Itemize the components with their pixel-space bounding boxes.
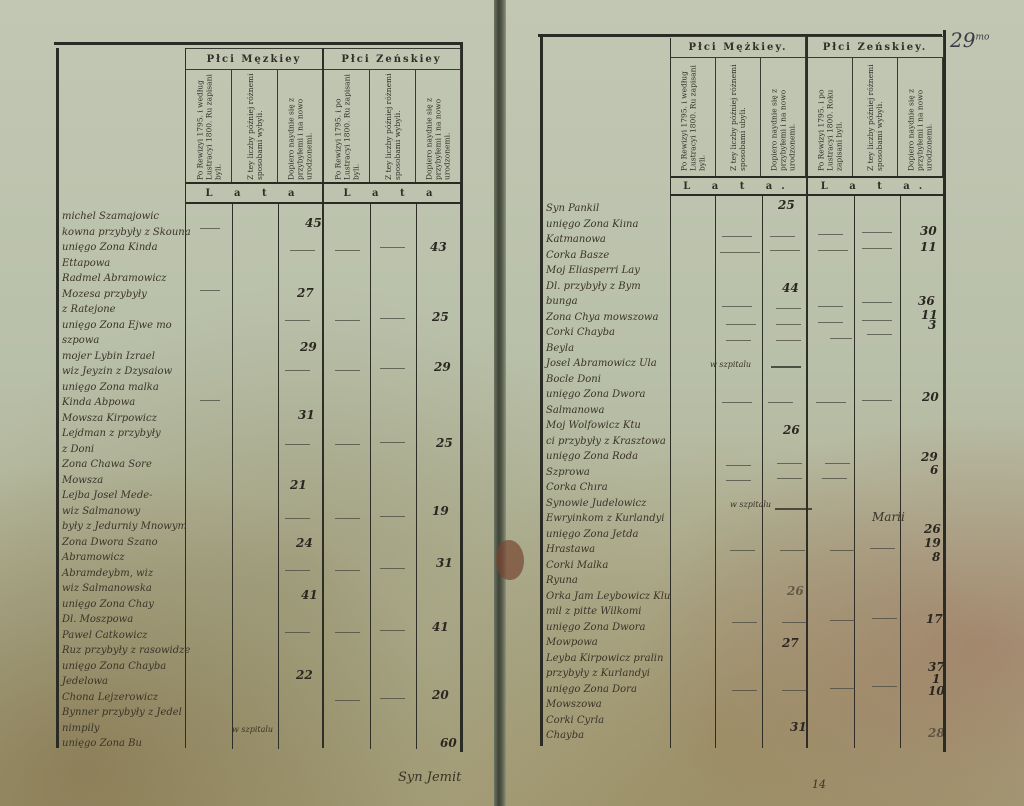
- female-age: 25: [432, 310, 449, 324]
- row-dash: [285, 370, 310, 371]
- bottom-right-note: 14: [812, 778, 826, 791]
- name-entry: ci przybyły z Krasztowa: [546, 434, 671, 450]
- left-male-group-header: Płci Męzkiey: [186, 48, 323, 70]
- row-dash: [775, 508, 812, 510]
- row-dash: [335, 632, 360, 633]
- row-dash: [870, 548, 895, 549]
- male-note: w szpitalu: [730, 500, 771, 509]
- right-page: Płci Mężkiey. Płci Zeńskiey. Po Rewizyi …: [500, 0, 1024, 806]
- female-age: 19: [432, 504, 449, 518]
- name-entry: Bynner przybyły z Jedel: [62, 705, 184, 721]
- left-female-col3-header: Dopiero naydnie się z przybyłemi i na no…: [416, 70, 461, 182]
- left-male-col1-header: Po Rewizyi 1795. i według Lustracyi 1800…: [186, 70, 232, 182]
- female-age: 20: [432, 688, 449, 702]
- row-dash: [770, 236, 795, 237]
- male-age: 24: [296, 536, 313, 550]
- row-dash: [335, 700, 360, 701]
- male-age: 27: [297, 286, 314, 300]
- bottom-left-note: Syn Jemit: [398, 770, 461, 785]
- row-dash: [862, 320, 892, 321]
- row-dash: [777, 478, 802, 479]
- row-dash: [335, 320, 360, 321]
- name-entry: Bocle Doni: [546, 372, 671, 388]
- row-dash: [818, 306, 843, 307]
- name-entry: wiz Salmanowska: [62, 581, 184, 597]
- row-dash: [768, 402, 793, 403]
- male-age: 44: [782, 281, 799, 295]
- name-entry: Corka Basze: [546, 248, 671, 264]
- female-age: 26: [924, 522, 941, 536]
- name-entry: Beyla: [546, 341, 671, 357]
- name-entry: Szprowa: [546, 465, 671, 481]
- name-entry: Ettapowa: [62, 256, 184, 272]
- row-dash: [862, 232, 892, 233]
- row-dash: [726, 480, 751, 481]
- row-dash: [780, 550, 805, 551]
- row-dash: [770, 250, 800, 251]
- name-entry: Lejba Josel Mede-: [62, 488, 184, 504]
- row-dash: [726, 340, 751, 341]
- right-male-col1-header: Po Rewizyi 1795. i według Lustracyi 1800…: [671, 58, 716, 176]
- name-entry: Pawel Catkowicz: [62, 628, 184, 644]
- name-entry: unięgo Zona Ejwe mo: [62, 318, 184, 334]
- left-male-lata: L a t a: [186, 182, 323, 204]
- name-entry: unięgo Zona Kinda: [62, 240, 184, 256]
- row-dash: [818, 250, 848, 251]
- female-age: 10: [928, 684, 945, 698]
- right-col-line: [715, 196, 716, 748]
- name-entry: Kinda Abpowa: [62, 395, 184, 411]
- row-dash: [771, 366, 801, 368]
- female-age: 17: [926, 612, 943, 626]
- left-top-rule: [54, 42, 462, 45]
- left-page: Płci Męzkiey Płci Zeńskiey Po Rewizyi 17…: [0, 0, 494, 806]
- row-dash: [720, 252, 760, 253]
- right-male-col3-header: Dopiero naydnie się z przybyłemi i na no…: [761, 58, 806, 176]
- name-entry: Mowsza: [62, 473, 184, 489]
- right-names-list: Syn Pankil unięgo Zona Kiına Katmanowa C…: [546, 201, 671, 744]
- name-entry: Katmanowa: [546, 232, 671, 248]
- row-dash: [285, 632, 310, 633]
- male-age: 29: [300, 340, 317, 354]
- ledger-spread: Płci Męzkiey Płci Zeńskiey Po Rewizyi 17…: [0, 0, 1024, 806]
- right-female-lata: L a t a.: [808, 176, 944, 196]
- row-dash: [830, 688, 855, 689]
- female-note: Marii: [872, 510, 905, 524]
- female-age: 31: [436, 556, 453, 570]
- name-entry: Synowie Judelowicz: [546, 496, 671, 512]
- name-entry: unięgo Zona Jetda: [546, 527, 671, 543]
- row-dash: [380, 318, 405, 319]
- name-entry: unięgo Zona Roda: [546, 449, 671, 465]
- name-entry: Ryuna: [546, 573, 671, 589]
- left-female-col2-header: Z tey liczby później różnemi sposobami w…: [370, 70, 416, 182]
- left-male-col2-header: Z tey liczby później różnemi sposobami w…: [232, 70, 278, 182]
- name-entry: unięgo Zona Dora: [546, 682, 671, 698]
- left-female-lata: L a t a: [324, 182, 461, 204]
- female-age: 3: [928, 318, 936, 332]
- name-entry: Jedelowa: [62, 674, 184, 690]
- name-entry: unięgo Zona Dwora: [546, 620, 671, 636]
- row-dash: [380, 630, 405, 631]
- row-dash: [335, 570, 360, 571]
- right-col-line: [900, 196, 901, 748]
- name-entry: Chona Lejzerowicz: [62, 690, 184, 706]
- name-entry: wiz Jeyzin z Dzysaiow: [62, 364, 184, 380]
- name-entry: nimpily: [62, 721, 184, 737]
- row-dash: [830, 338, 852, 339]
- male-note: w szpitalu: [710, 360, 751, 369]
- male-age: 31: [298, 408, 315, 422]
- row-dash: [200, 400, 220, 401]
- row-dash: [862, 400, 892, 401]
- name-entry: Zona Chawa Sore: [62, 457, 184, 473]
- row-dash: [816, 402, 846, 403]
- row-dash: [722, 402, 752, 403]
- name-entry: Dl. przybyły z Bym: [546, 279, 671, 295]
- female-age: 6: [930, 463, 938, 477]
- row-dash: [380, 516, 405, 517]
- row-dash: [782, 622, 807, 623]
- male-age: 26: [787, 584, 804, 598]
- name-entry: Corka Chıra: [546, 480, 671, 496]
- left-female-col1-header: Po Rewizyi 1795. i po Lustracyi 1800. Ru…: [324, 70, 370, 182]
- right-table-frame: [540, 36, 543, 746]
- name-entry: Josel Abramowicz Ula: [546, 356, 671, 372]
- left-male-col3-header: Dopiero naydnie się z przybyłemi i na no…: [278, 70, 323, 182]
- row-dash: [380, 568, 405, 569]
- row-dash: [830, 550, 855, 551]
- female-age: 60: [440, 736, 457, 750]
- row-dash: [726, 324, 756, 325]
- right-male-lata: L a t a.: [671, 176, 806, 196]
- female-age: 11: [920, 240, 937, 254]
- left-table-frame: [56, 48, 59, 748]
- row-dash: [285, 570, 310, 571]
- name-entry: unięgo Zona Chay: [62, 597, 184, 613]
- folio-suffix: mo: [975, 32, 989, 42]
- female-age: 43: [430, 240, 447, 254]
- left-names-list: michel Szamajowic kowna przybyły z Skoun…: [62, 209, 184, 752]
- name-entry: Abramdeybm, wiz: [62, 566, 184, 582]
- row-dash: [380, 442, 405, 443]
- left-female-group-header: Płci Zeńskiey: [323, 48, 461, 70]
- row-dash: [867, 334, 892, 335]
- name-entry: z Ratejone: [62, 302, 184, 318]
- row-dash: [290, 250, 315, 251]
- name-entry: Mowsza Kirpowicz: [62, 411, 184, 427]
- row-dash: [380, 247, 405, 248]
- name-entry: Dl. Moszpowa: [62, 612, 184, 628]
- row-dash: [776, 340, 801, 341]
- name-entry: bunga: [546, 294, 671, 310]
- row-dash: [872, 686, 897, 687]
- row-dash: [722, 306, 752, 307]
- row-dash: [335, 370, 360, 371]
- name-entry: Zona Chya mowszowa: [546, 310, 671, 326]
- name-entry: unięgo Zona Chayba: [62, 659, 184, 675]
- name-entry: Syn Pankil: [546, 201, 671, 217]
- name-entry: Moj Eliasperri Lay: [546, 263, 671, 279]
- row-dash: [200, 290, 220, 291]
- row-dash: [380, 698, 405, 699]
- female-age: 8: [932, 550, 940, 564]
- female-age: 29: [434, 360, 451, 374]
- name-entry: Corki Cyrla: [546, 713, 671, 729]
- male-age: 41: [301, 588, 318, 602]
- name-entry: Orka Jam Leybowicz Klu: [546, 589, 671, 605]
- row-dash: [285, 518, 310, 519]
- name-entry: Hrastawa: [546, 542, 671, 558]
- row-dash: [730, 550, 755, 551]
- row-dash: [285, 444, 310, 445]
- row-dash: [818, 234, 843, 235]
- row-dash: [335, 444, 360, 445]
- name-entry: Moj Wolfowicz Ktu: [546, 418, 671, 434]
- right-female-col2-header: Z tey liczby później różnemi sposobami w…: [853, 58, 898, 176]
- name-entry: Mowszowa: [546, 697, 671, 713]
- row-dash: [722, 236, 752, 237]
- name-entry: Corki Chayba: [546, 325, 671, 341]
- row-dash: [825, 463, 850, 464]
- female-age: 19: [924, 536, 941, 550]
- name-entry: szpowa: [62, 333, 184, 349]
- left-col-line: [370, 204, 371, 749]
- row-dash: [732, 622, 757, 623]
- right-female-col1-header: Po Rewizyi 1795. i po Lustracyi 1800. Ro…: [808, 58, 853, 176]
- name-entry: unięgo Zona Bu: [62, 736, 184, 752]
- female-age: 36: [918, 294, 935, 308]
- left-col-line: [278, 204, 279, 749]
- female-age: 30: [920, 224, 937, 238]
- name-entry: mil z pitte Wilkomi: [546, 604, 671, 620]
- left-col-line: [232, 204, 233, 749]
- name-entry: Radmel Abramowicz: [62, 271, 184, 287]
- name-entry: mojer Lybin Izrael: [62, 349, 184, 365]
- row-dash: [776, 324, 801, 325]
- male-age: 31: [790, 720, 807, 734]
- name-entry: unięgo Zona Kiına: [546, 217, 671, 233]
- left-col-line: [416, 204, 417, 749]
- name-entry: z Doni: [62, 442, 184, 458]
- female-age: 25: [436, 436, 453, 450]
- male-age: 22: [296, 668, 313, 682]
- name-entry: Lejdman z przybyły: [62, 426, 184, 442]
- name-entry: unięgo Zona Dwora: [546, 387, 671, 403]
- name-entry: przybyły z Kurlandyi: [546, 666, 671, 682]
- row-dash: [862, 248, 892, 249]
- name-entry: Abramowicz: [62, 550, 184, 566]
- name-entry: Mozesa przybyły: [62, 287, 184, 303]
- row-dash: [822, 478, 847, 479]
- row-dash: [732, 690, 757, 691]
- row-dash: [726, 465, 751, 466]
- male-age: 21: [290, 478, 307, 492]
- name-entry: były z Jedurniy Mnowym: [62, 519, 184, 535]
- name-entry: Leyba Kirpowicz pralin: [546, 651, 671, 667]
- male-age: 25: [778, 198, 795, 212]
- name-entry: wiz Salmanowy: [62, 504, 184, 520]
- male-age: 27: [782, 636, 799, 650]
- name-entry: unięgo Zona malka: [62, 380, 184, 396]
- row-dash: [776, 308, 801, 309]
- male-note: w szpitalu: [232, 725, 273, 734]
- right-female-group-header: Płci Zeńskiey.: [807, 36, 944, 58]
- folio-number-value: 29: [950, 28, 975, 52]
- name-entry: kowna przybyły z Skouna: [62, 225, 184, 241]
- name-entry: Mowpowa: [546, 635, 671, 651]
- row-dash: [380, 368, 405, 369]
- name-entry: Corki Malka: [546, 558, 671, 574]
- female-age: 29: [921, 450, 938, 464]
- right-col-line: [854, 196, 855, 748]
- name-entry: michel Szamajowic: [62, 209, 184, 225]
- name-entry: Chayba: [546, 728, 671, 744]
- female-age: 41: [432, 620, 449, 634]
- male-age: 26: [783, 423, 800, 437]
- male-age: 45: [305, 216, 322, 230]
- right-male-col2-header: Z tey liczby później różnemi sposobami u…: [716, 58, 761, 176]
- right-male-group-header: Płci Mężkiey.: [671, 36, 806, 58]
- row-dash: [777, 463, 802, 464]
- name-entry: Ewryinkom z Kurlandyi: [546, 511, 671, 527]
- row-dash: [335, 518, 360, 519]
- row-dash: [285, 320, 310, 321]
- right-right-border: [943, 30, 946, 752]
- row-dash: [200, 228, 220, 229]
- row-dash: [782, 690, 807, 691]
- row-dash: [335, 250, 360, 251]
- row-dash: [872, 618, 897, 619]
- name-entry: Salmanowa: [546, 403, 671, 419]
- row-dash: [818, 322, 843, 323]
- right-col-line: [762, 196, 763, 748]
- row-dash: [830, 620, 855, 621]
- row-dash: [862, 302, 892, 303]
- female-age: 20: [922, 390, 939, 404]
- right-female-col3-header: Dopiero naydnie się z przybyłemi i na no…: [898, 58, 943, 176]
- female-age: 28: [928, 726, 945, 740]
- name-entry: Zona Dwora Szano: [62, 535, 184, 551]
- folio-number: 29mo: [950, 28, 989, 52]
- name-entry: Ruz przybyły z rasowidze: [62, 643, 184, 659]
